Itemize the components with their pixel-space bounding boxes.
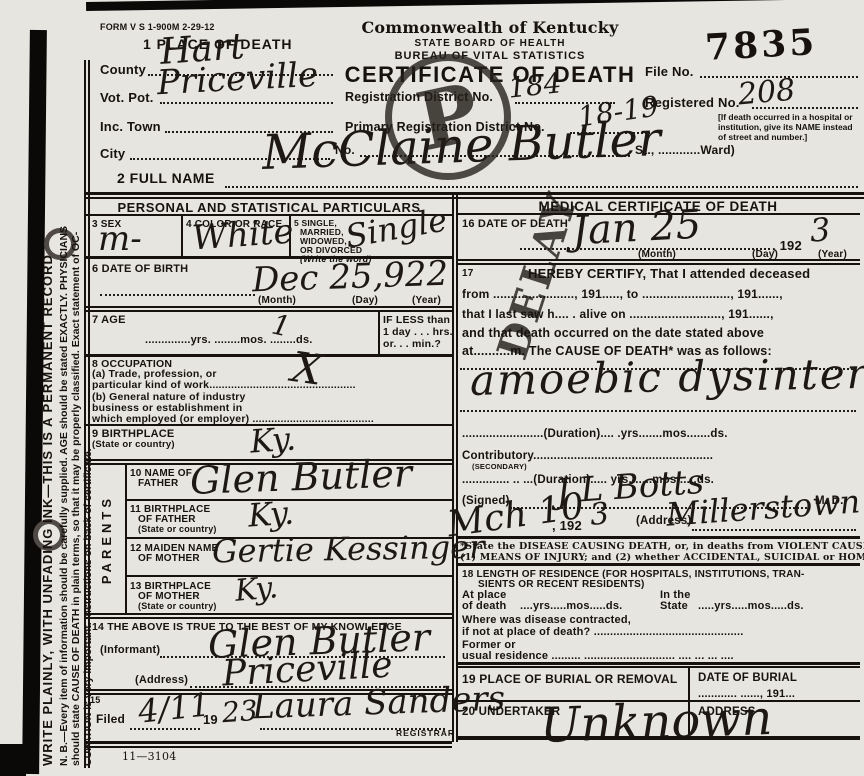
father-bp-label-3: (State or country) [138,524,217,534]
mother-name-label-2: OF MOTHER [138,553,200,564]
father-name-value: Glen Butler [189,454,412,500]
burial-label: 19 PLACE OF BURIAL OR REMOVAL [462,672,677,686]
dob-day-label: (Day) [352,295,378,306]
rule [84,746,452,748]
in-state-units: .....yrs.....mos.....ds. [698,600,804,612]
scan-corner-blob [0,744,26,776]
rule [84,306,452,308]
if-less-label-3: or. . . min.? [383,338,441,350]
certify-line-1: HEREBY CERTIFY, That I attended deceased [528,266,810,281]
scan-top-edge [86,0,864,11]
form-footer-number: 11—3104 [122,750,176,763]
filed-label: Filed [96,712,125,726]
undertaker-value: Unknown [539,694,773,750]
margin-note-line: should state CAUSE OF DEATH in plain ter… [70,32,82,766]
cell-divider [181,214,183,256]
cell-divider [378,310,380,354]
rule [456,536,860,539]
vot-pot-value: Priceville [156,58,319,100]
filed-year-printed: 19 [203,712,218,727]
form-left-border-inner [88,60,90,768]
burial-date-label: DATE OF BURIAL [698,672,797,684]
rule [84,310,452,312]
cause-footnote-2: (1) MEANS OF INJURY; and (2) whether ACC… [460,552,864,563]
filed-date-value: 4/11 [137,688,212,727]
signed-year-printed: , 192 [552,518,582,533]
secondary-label: (SECONDARY) [472,462,527,471]
margin-note-line: N. B.—Every item of information should b… [58,32,70,766]
rule [456,263,860,265]
p-stamp: P [385,54,511,180]
filed-section-number: 15 [90,695,100,705]
mother-bp-value: Ky. [234,573,279,607]
section-divider [84,192,864,195]
hospital-note: [If death occurred in a hospital or inst… [718,112,856,142]
if-less-label-2: 1 day . . . hrs. [383,326,453,338]
birthplace-state-note: (State or country) [92,439,175,450]
column-divider [452,192,454,742]
birthplace-value: Ky. [249,422,297,457]
at-place-units: ....yrs.....mos.....ds. [520,600,622,612]
father-name-label-2: FATHER [138,478,178,489]
cause-footnote-1: *State the DISEASE CAUSING DEATH, or, in… [460,541,864,552]
informant-address-label: (Address) [135,674,188,686]
rule [456,736,860,740]
dod-value: Jan 25 [571,205,702,252]
age-label: 7 AGE [92,314,126,326]
registered-no-label: Registered No. [645,95,740,110]
certify-line-2: from ......................., 191....., … [462,287,783,301]
registered-no-value: 208 [737,76,797,111]
county-label: County [100,62,146,77]
at-place-label-2: of death [462,600,506,612]
dod-label: 16 DATE OF DEATH [462,218,568,230]
inc-town-label: Inc. Town [100,119,161,134]
registration-district-value: 184 [507,69,563,102]
signed-year-value: 3 [588,499,610,531]
certify-line-3: that I last saw h.... . alive on .......… [462,307,774,321]
informant-label: (Informant) [100,644,160,656]
margin-heading: WRITE PLAINLY, WITH UNFADING INK—THIS IS… [40,32,55,766]
dod-year-value: 3 [809,213,832,246]
rule [84,613,452,615]
dotted-line [100,292,255,296]
mother-name-value: Gertie Kessinger [212,531,485,568]
rule [125,575,452,577]
parents-cell-divider [125,463,127,615]
parents-label-cell: PARENTS [88,465,125,615]
if-less-label-1: IF LESS than [383,314,450,326]
certify-section-number: 17 [462,268,474,279]
dotted-line [460,408,856,412]
certify-line-4: and that death occurred on the date stat… [462,326,764,340]
occupation-value: X [289,346,324,392]
duration-line-1: ........................(Duration).... .… [462,428,728,440]
rule [456,563,860,566]
org-bureau: BUREAU OF VITAL STATISTICS [340,50,640,62]
dob-value: Dec 25,922 [251,257,448,298]
sex-value: m- [98,222,142,256]
column-divider-inner [456,192,458,742]
registrar-label: REGISTRAR [396,728,455,738]
former-label-2: usual residence ......... ..............… [462,650,734,662]
rule [84,354,452,357]
org-commonwealth: Commonwealth of Kentucky [340,18,640,37]
vot-pot-label: Vot. Pot. [100,90,154,105]
cause-of-death-value: amoebic dysinteria [470,352,864,402]
father-bp-value: Ky. [247,496,295,531]
dob-label: 6 DATE OF BIRTH [92,263,188,275]
file-no-label: File No. [645,64,694,79]
dob-year-label: (Year) [412,295,441,306]
parents-label: PARENTS [99,495,114,584]
contracted-label-2: if not at place of death? ..............… [462,626,744,638]
dob-month-label: (Month) [258,295,296,306]
form-left-border [84,60,86,768]
p-stamp-letter: P [409,65,487,169]
contributory-label: Contributory............................… [462,450,713,462]
rule [456,666,860,668]
in-the-label-2: State [660,600,688,612]
rule [456,259,860,261]
rule [456,662,860,665]
mother-bp-label-3: (State or country) [138,601,217,611]
color-race-value: White [191,215,295,256]
file-no-stamp: 7835 [704,21,818,69]
contracted-label-1: Where was disease contracted, [462,614,631,626]
full-name-label: 2 FULL NAME [117,170,215,186]
scanned-death-certificate: { "colors": { "paper": "#e7e5e0", "ink":… [0,0,864,776]
rule [84,741,452,744]
org-state-board: STATE BOARD OF HEALTH [340,38,640,49]
city-label: City [100,146,125,161]
